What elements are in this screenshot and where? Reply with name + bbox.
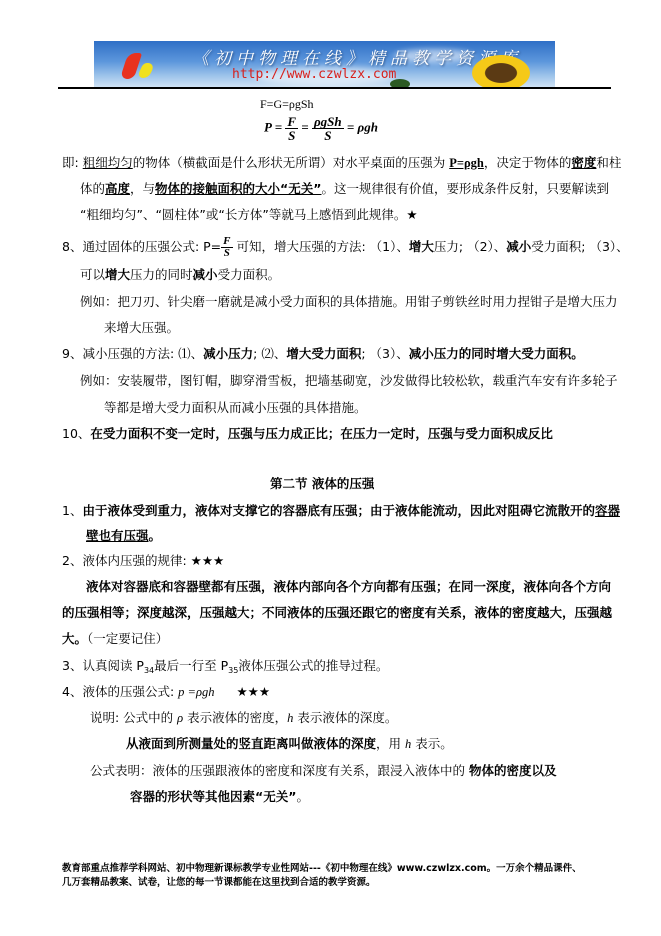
fraction-f-over-s: FS xyxy=(221,236,232,259)
body-text: 和柱 xyxy=(596,155,621,170)
star-rating-icon: ★★★ xyxy=(236,684,270,699)
body-text: 。 xyxy=(296,789,309,804)
emphasis-text: 密度 xyxy=(571,155,596,170)
banner-title: 《初中物理在线》精品教学资源库 xyxy=(192,44,522,69)
numerator: F xyxy=(285,115,298,129)
emphasis-text: 减小 xyxy=(506,239,531,254)
formula-shows-line1: 公式表明：液体的压强跟液体的密度和深度有关系，跟浸入液体中的 物体的密度以及 xyxy=(90,763,557,779)
body-text: 公式表明：液体的压强跟液体的密度和深度有关系，跟浸入液体中的 xyxy=(90,763,469,778)
emphasis-text: 物体的接触面积的大小“无关” xyxy=(155,181,321,196)
explanation-line: 说明: 公式中的 ρ 表示液体的密度，h 表示液体的深度。 xyxy=(90,710,397,726)
body-text: 。 xyxy=(149,528,162,543)
body-text: 表示液体的深度。 xyxy=(293,710,397,725)
emphasis-text: 高度 xyxy=(105,181,130,196)
footer-line2: 几万套精品教案、试卷，让您的每一节课都能在这里找到合适的教学资源。 xyxy=(62,876,376,889)
rule-line2: 的压强相等；深度越深，压强越大；不同液体的压强还跟它的密度有关系，液体的密度越大… xyxy=(62,605,612,621)
body-text: 4、液体的压强公式: xyxy=(62,684,178,699)
section2-item-4: 4、液体的压强公式: p =ρgh★★★ xyxy=(62,684,270,700)
emphasis-text: 减小压力的同时增大受力面积。 xyxy=(409,346,584,361)
section-title: 第二节 液体的压强 xyxy=(270,476,374,492)
emphasis-text: 增大 xyxy=(105,267,130,282)
emphasis-text: 物体的密度以及 xyxy=(469,763,557,778)
denominator: S xyxy=(285,129,298,142)
body-text: 受力面积; （3）、 xyxy=(531,239,628,254)
fraction-rhogsh-over-s: ρgShS xyxy=(312,115,344,142)
note-text: （一定要记住） xyxy=(87,631,168,646)
section2-item-1-line1: 1、由于液体受到重力，液体对支撑它的容器底有压强；由于液体能流动，因此对阻碍它流… xyxy=(62,503,620,519)
banner-url[interactable]: http://www.czwlzx.com xyxy=(232,67,396,82)
formula-pressure: P = FS = ρgShS = ρgh xyxy=(264,115,378,142)
footer-line1: 教育部重点推荐学科网站、初中物理新课标教学专业性网站---《初中物理在线》www… xyxy=(62,862,582,875)
formula-shows-line2: 容器的形状等其他因素“无关”。 xyxy=(130,789,309,805)
body-text: 8、通过固体的压强公式: P= xyxy=(62,239,221,254)
body-text: ，与 xyxy=(130,181,155,196)
formula-inline: p =ρgh xyxy=(178,685,214,699)
item-9-example-line2: 等都是增大受力面积从而减小压强的具体措施。 xyxy=(104,400,367,416)
rule-line3: 大。（一定要记住） xyxy=(62,631,168,647)
body-text: 压力; （2）、 xyxy=(434,239,506,254)
body-text: 体的 xyxy=(80,181,105,196)
emphasis-text: 壁也有压强 xyxy=(86,528,149,543)
body-text: 3、认真阅读 P xyxy=(62,658,144,673)
body-text: 压力的同时 xyxy=(130,267,193,282)
denominator: S xyxy=(312,129,344,142)
body-text: ; ⑵、 xyxy=(253,346,286,361)
para-ji-line2: 体的高度，与物体的接触面积的大小“无关”。这一规律很有价值，要形成条件反射，只要… xyxy=(80,181,609,197)
emphasis-text: 从液面到所测量处的竖直距离叫做液体的深度 xyxy=(126,736,376,751)
rule-line1: 液体对容器底和容器壁都有压强，液体内部向各个方向都有压强；在同一深度，液体向各个… xyxy=(86,579,611,595)
sunflower-icon xyxy=(472,55,530,87)
body-text: 的物体（横截面是什么形状无所谓）对水平桌面的压强为 xyxy=(133,155,446,170)
denominator: S xyxy=(221,248,232,259)
para-ji-line3: “粗细均匀”、“圆柱体”或“长方体”等就马上感悟到此规律。★ xyxy=(80,207,418,223)
equals-sign: = xyxy=(301,119,308,134)
page-subscript: 34 xyxy=(144,666,154,675)
logo-icon-accent xyxy=(137,63,156,78)
body-text: 说明: 公式中的 xyxy=(90,710,177,725)
body-text: ，决定于物体的 xyxy=(484,155,572,170)
emphasis-text: 增大受力面积 xyxy=(286,346,361,361)
item-8-line1: 8、通过固体的压强公式: P=FS 可知，增大压强的方法: （1）、增大压力; … xyxy=(62,236,629,259)
page-subscript: 35 xyxy=(228,666,238,675)
formula-lhs: P = xyxy=(264,119,282,134)
body-text: 最后一行至 P xyxy=(154,658,228,673)
item-9-example-line1: 例如：安装履带，图钉帽，脚穿滑雪板，把墙基砌宽，沙发做得比较松软，载重汽车安有许… xyxy=(80,373,618,389)
item-10: 10、在受力面积不变一定时，压强与压力成正比；在压力一定时，压强与受力面积成反比 xyxy=(62,426,553,442)
emphasis-text: 增大 xyxy=(409,239,434,254)
body-text: 10、 xyxy=(62,426,90,441)
body-text: 可以 xyxy=(80,267,105,282)
body-text: 可知，增大压强的方法: （1）、 xyxy=(233,239,409,254)
body-text: 受力面积。 xyxy=(218,267,281,282)
leaf-decoration xyxy=(390,79,410,87)
body-text: 表示液体的密度， xyxy=(183,710,287,725)
item-9-line1: 9、减小压强的方法: ⑴、减小压力; ⑵、增大受力面积; （3）、减小压力的同时… xyxy=(62,346,584,362)
body-text: 1、 xyxy=(62,503,82,518)
emphasis-text: 减小压力 xyxy=(203,346,253,361)
header-banner: 《初中物理在线》精品教学资源库 http://www.czwlzx.com xyxy=(94,41,555,87)
para-ji-line1: 即: 粗细均匀的物体（横截面是什么形状无所谓）对水平桌面的压强为 P=ρgh，决… xyxy=(62,155,621,171)
body-text: 液体压强公式的推导过程。 xyxy=(238,658,388,673)
emphasis-text: 容器的形状等其他因素“无关” xyxy=(130,789,296,804)
item-8-example-line2: 来增大压强。 xyxy=(104,320,179,336)
section2-item-2: 2、液体内压强的规律: ★★★ xyxy=(62,553,224,569)
formula-rhs: = ρgh xyxy=(347,119,378,134)
item-8-line2: 可以增大压力的同时减小受力面积。 xyxy=(80,267,280,283)
body-text: 9、减小压强的方法: ⑴、 xyxy=(62,346,203,361)
header-rule xyxy=(58,87,611,89)
formula-force: F=G=ρgSh xyxy=(260,96,314,112)
emphasis-text: 在受力面积不变一定时，压强与压力成正比；在压力一定时，压强与受力面积成反比 xyxy=(90,426,553,441)
emphasis-text: 由于液体受到重力，液体对支撑它的容器底有压强；由于液体能流动，因此对阻碍它流散开… xyxy=(82,503,595,518)
emphasis-text: 粗细均匀 xyxy=(83,155,133,170)
body-text: 表示。 xyxy=(411,736,452,751)
numerator: ρgSh xyxy=(312,115,344,129)
body-text: ; （3）、 xyxy=(361,346,408,361)
para-label: 即: xyxy=(62,155,79,170)
fraction-f-over-s: FS xyxy=(285,115,298,142)
depth-definition: 从液面到所测量处的竖直距离叫做液体的深度，用 h 表示。 xyxy=(126,736,453,752)
body-text: ，用 xyxy=(376,736,405,751)
section2-item-3: 3、认真阅读 P34最后一行至 P35液体压强公式的推导过程。 xyxy=(62,658,388,679)
item-8-example-line1: 例如：把刀刃、针尖磨一磨就是减小受力面积的具体措施。用钳子剪铁丝时用力捏钳子是增… xyxy=(80,294,618,310)
emphasis-text: 减小 xyxy=(193,267,218,282)
emphasis-text: 大。 xyxy=(62,631,87,646)
section2-item-1-line2: 壁也有压强。 xyxy=(86,528,161,544)
formula-inline: P=ρgh xyxy=(449,156,484,170)
emphasis-text: 容器 xyxy=(595,503,620,518)
body-text: 。这一规律很有价值，要形成条件反射，只要解读到 xyxy=(321,181,609,196)
